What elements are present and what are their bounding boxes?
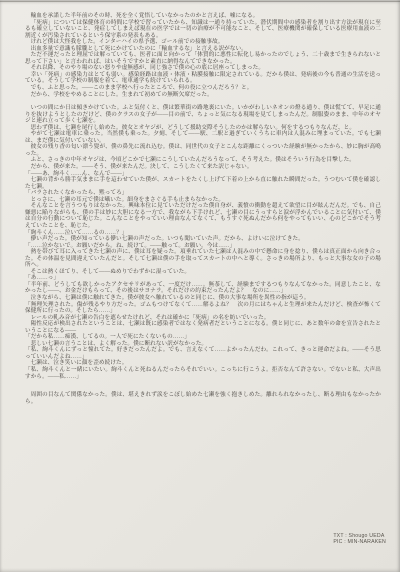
credits-block: TXT : Shougo UEDA PIC : MIN-NARAKEN: [333, 533, 386, 546]
paragraph: 七瀬の背から勝手気ままに手を這わせていた僕が、スカートをたくし上げて下着の上から…: [25, 177, 381, 190]
paragraph: 「私、絢斗くんと一緒にいたい。絢斗くんと死ねるんだったらそれでいい。こっちに行こ…: [25, 367, 381, 380]
paragraph: 幸い「死病」の感染力はとても弱い。感染経路は血液・体液・粘膜接触に限定されている…: [25, 72, 381, 85]
credit-pic-line: PIC : MIN-NARAKEN: [333, 539, 386, 545]
paragraph: 周囲の目なんて関係なかった。僕は、堪えきれず涙をこぼし始めた七瀬を強く抱きしめた…: [25, 392, 381, 405]
scanned-page: 輸血を承諾した半年前のその時、死を全く覚悟していなかったのかと言えば、嘘になる。…: [0, 0, 400, 572]
paragraph: そんなことを言うつもりはなかった。興味本位に見ていただけだった僕自身が、義憤の衝…: [25, 203, 381, 229]
paragraph: いつの間にか日は傾きかけていた。ふと気付くと、僕は繁華街の路地裏にいた。いかがわ…: [25, 105, 381, 125]
paragraph: 「死病」については保健体育の時間に学校で習っていたから、知識は一通り持っていた。…: [25, 20, 381, 40]
paragraph: 「私、絢斗くんにずっと憧れてた。好きだったんだよ。でも、言えなくて……よかったん…: [25, 347, 381, 360]
paragraph: 陽性反応が検出されたということは、七瀬は既に感染者ではなく発病者だということにな…: [25, 321, 381, 334]
paragraph: ただ不運だったと理屈では解っていても、医者に面と向かって「体質的に悪性に転化し易…: [25, 52, 381, 65]
paragraph: 彼女の残り香の匂い漂う髪が、僕の鼻先に流れ込む。僕は、同世代の女子とこんな距離に…: [25, 144, 381, 157]
paragraph: 熱を帯びて耳に入ってきた七瀬の声に、僕は耳を疑った。項垂れていた七瀬は人混みの中…: [25, 249, 381, 269]
paragraph: 「半年前、どうしても欲しかったアクセサリがあって、一度だけ……。無茶して、経験ま…: [25, 282, 381, 295]
story-text-column: 輸血を承諾した半年前のその時、死を全く覚悟していなかったのかと言えば、嘘になる。…: [25, 13, 381, 405]
paragraph: だから、学校をやめることにした。生まれて初めての無断欠席だった。: [25, 92, 381, 99]
paragraph: 「無理矢理された。傷が残るやり方だった。ゴムもつけてなくて……解るよね？ 次の月…: [25, 302, 381, 315]
paragraph: やがて七瀬は電車に乗った。当然僕も乗った。夕刻、そして――駅、二駅と過ぎていくう…: [25, 131, 381, 144]
